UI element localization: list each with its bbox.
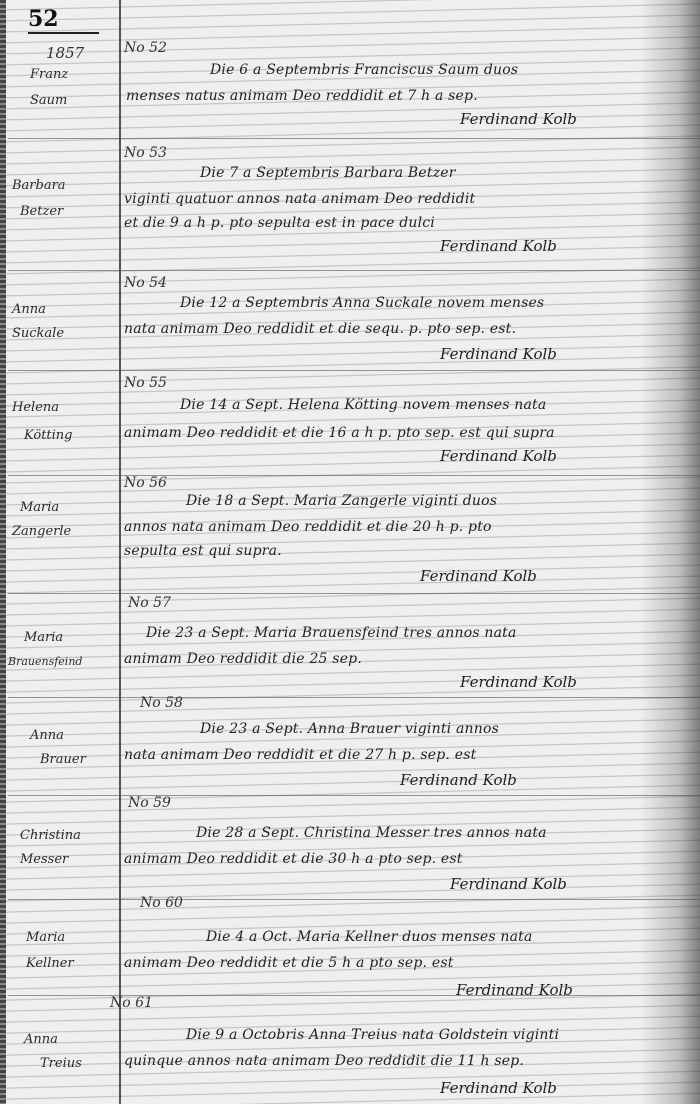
priest-signature: Ferdinand Kolb — [450, 875, 567, 893]
entry-text-line: animam Deo reddidit et die 30 h a pto se… — [124, 851, 463, 867]
entry-text-line: Die 18 a Sept. Maria Zangerle viginti du… — [186, 493, 497, 509]
entry-name-last: Saum — [30, 88, 134, 113]
entry-text-line: sepulta est qui supra. — [124, 543, 282, 559]
entry-text-line: quinque annos nata animam Deo reddidit d… — [124, 1053, 524, 1069]
binding-edge — [0, 0, 6, 1104]
register-page: 52 1857 No 52 Franz Saum Die 6 a Septemb… — [0, 0, 700, 1104]
entry-number: No 58 — [140, 695, 183, 711]
entry-number: No 52 — [124, 40, 167, 56]
entry-name-first: Anna — [12, 297, 116, 322]
priest-signature: Ferdinand Kolb — [440, 1079, 557, 1097]
entry-text-line: Die 12 a Septembris Anna Suckale novem m… — [180, 295, 544, 311]
entry-name-first: Helena — [12, 395, 116, 420]
entry-text-line: Die 14 a Sept. Helena Kötting novem mens… — [180, 397, 546, 413]
entry-text-line: Die 23 a Sept. Maria Brauensfeind tres a… — [146, 625, 517, 641]
priest-signature: Ferdinand Kolb — [440, 345, 557, 363]
entry-name-first: Christina — [20, 823, 124, 848]
entry-text-line: animam Deo reddidit die 25 sep. — [124, 651, 362, 667]
entry-number: No 59 — [128, 795, 171, 811]
entry-name-last: Betzer — [20, 199, 124, 224]
entry-text-line: annos nata animam Deo reddidit et die 20… — [124, 519, 492, 535]
priest-signature: Ferdinand Kolb — [420, 567, 537, 585]
entry-text-line: Die 23 a Sept. Anna Brauer viginti annos — [200, 721, 499, 737]
entry-text-line: animam Deo reddidit et die 16 a h p. pto… — [124, 425, 555, 441]
entry-text-line: viginti quatuor annos nata animam Deo re… — [124, 191, 475, 207]
entry-text-line: Die 7 a Septembris Barbara Betzer — [200, 165, 456, 181]
priest-signature: Ferdinand Kolb — [460, 673, 577, 691]
entry-name-first: Maria — [26, 925, 130, 950]
priest-signature: Ferdinand Kolb — [400, 771, 517, 789]
entry-text-line: Die 6 a Septembris Franciscus Saum duos — [210, 62, 518, 78]
page-number: 52 — [28, 6, 99, 34]
entry-number: No 57 — [128, 595, 171, 611]
year-note: 1857 — [46, 44, 84, 62]
entry-text-line: Die 9 a Octobris Anna Treius nata Goldst… — [186, 1027, 559, 1043]
entry-name-last: Kellner — [26, 951, 130, 976]
entry-name-last: Zangerle — [12, 519, 116, 544]
entry-name-first: Maria — [24, 625, 128, 650]
entry-text-line: et die 9 a h p. pto sepulta est in pace … — [124, 215, 435, 231]
entry-name-first: Anna — [24, 1027, 128, 1052]
entry-number: No 60 — [140, 895, 183, 911]
entry-text-line: nata animam Deo reddidit et die sequ. p.… — [124, 321, 516, 337]
entry-text-line: nata animam Deo reddidit et die 27 h p. … — [124, 747, 476, 763]
entry-text-line: Die 4 a Oct. Maria Kellner duos menses n… — [206, 929, 533, 945]
priest-signature: Ferdinand Kolb — [440, 237, 557, 255]
entry-text-line: menses natus animam Deo reddidit et 7 h … — [126, 88, 478, 104]
entry-text-line: Die 28 a Sept. Christina Messer tres ann… — [196, 825, 547, 841]
entry-number: No 61 — [110, 995, 153, 1011]
entry-name-last: Brauensfeind — [8, 649, 112, 674]
entry-number: No 56 — [124, 475, 167, 491]
entry-number: No 54 — [124, 275, 167, 291]
priest-signature: Ferdinand Kolb — [440, 447, 557, 465]
entry-name-last: Suckale — [12, 321, 116, 346]
entry-name-last: Messer — [20, 847, 124, 872]
entry-number: No 53 — [124, 145, 167, 161]
entry-number: No 55 — [124, 375, 167, 391]
entry-name-last: Kötting — [24, 423, 128, 448]
entry-text-line: animam Deo reddidit et die 5 h a pto sep… — [124, 955, 454, 971]
entry-name-first: Maria — [20, 495, 124, 520]
priest-signature: Ferdinand Kolb — [456, 981, 573, 999]
entry-name-first: Franz — [30, 62, 134, 87]
priest-signature: Ferdinand Kolb — [460, 110, 577, 128]
entry-name-first: Anna — [30, 723, 134, 748]
entry-name-first: Barbara — [12, 173, 116, 198]
